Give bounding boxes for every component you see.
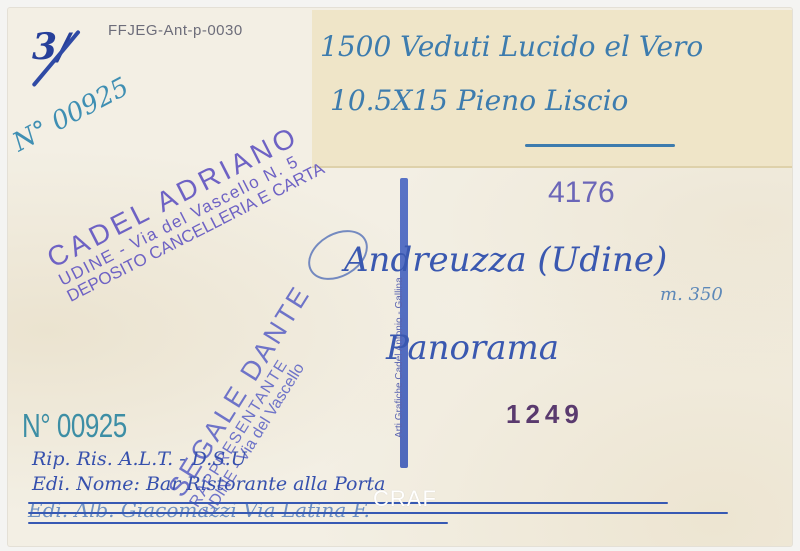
label-line-2: 10.5X15 Pieno Liscio [330, 84, 628, 117]
watermark: CRAF [373, 486, 437, 512]
strike-line-2 [28, 512, 728, 514]
stamp-cadel-adriano: CADEL ADRIANO UDINE - Via del Vascello N… [42, 116, 328, 307]
label-line-1: 1500 Veduti Lucido el Vero [320, 30, 703, 63]
postcard-back: FFJEG-Ant-p-0030 3/ N° 00925 1500 Veduti… [8, 8, 792, 546]
label-underline [525, 144, 675, 147]
subject: Panorama [386, 328, 559, 368]
catalog-number: 4176 [548, 176, 615, 210]
strike-line-1 [28, 502, 668, 504]
inventory-number-bottom: N° 00925 [22, 406, 127, 446]
number-stamp: 1249 [506, 399, 584, 430]
rip-line: Rip. Ris. A.L.T. - D.S.U [32, 448, 247, 470]
edi-line: Edi. Nome: Bar Ristorante alla Porta [32, 473, 386, 495]
altitude: m. 350 [660, 284, 723, 305]
inventory-number-top: N° 00925 [8, 72, 134, 158]
strike-line-3 [28, 522, 448, 524]
place-name: Andreuzza (Udine) [344, 240, 667, 280]
stamp-cadel-address: UDINE - Via del Vascello N. 5 [56, 143, 320, 291]
archive-code: FFJEG-Ant-p-0030 [108, 22, 243, 39]
